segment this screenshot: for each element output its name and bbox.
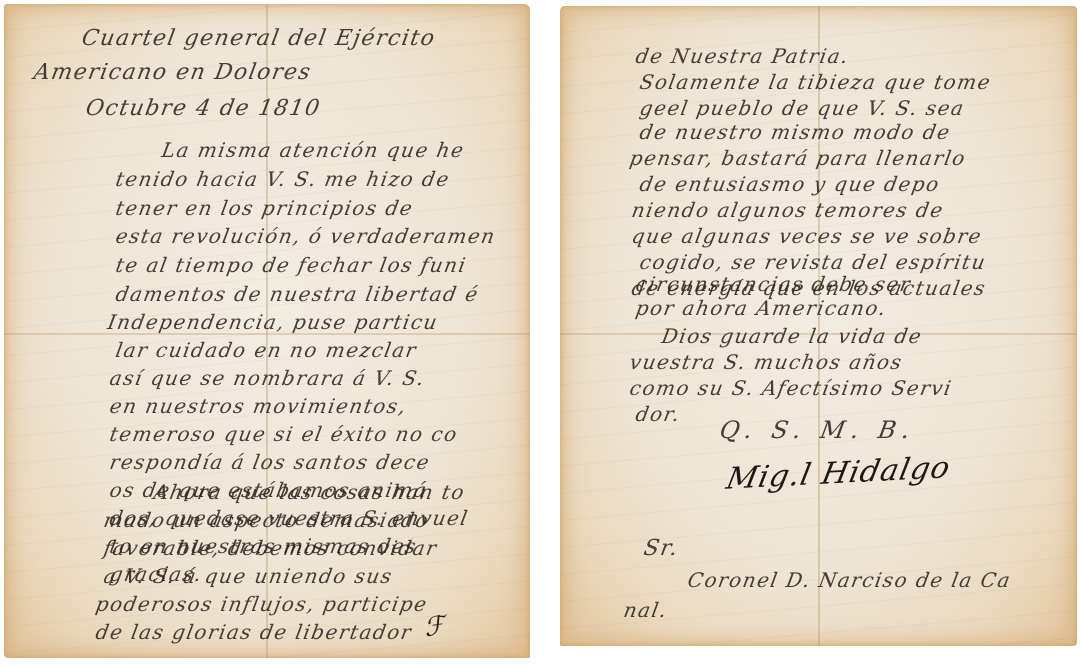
text-line: circunstancias debe ser: [634, 272, 913, 296]
text-line: tener en los principios de: [114, 196, 416, 220]
text-line: así que se nombrara á V. S.: [108, 366, 427, 390]
text-line: te al tiempo de fechar los funi: [114, 253, 469, 277]
recipient-name: Coronel D. Narciso de la Ca: [686, 568, 1013, 592]
text-line: esta revolución, ó verdaderamen: [114, 224, 498, 248]
text-line: favorable, debemos convidar: [102, 536, 440, 560]
text-line: de las glorias de libertador: [94, 620, 414, 644]
manuscript-page-right: de Nuestra Patria. Solamente la tibieza …: [560, 6, 1077, 646]
text-line: por ahora Americano.: [634, 296, 889, 320]
text-line: geel pueblo de que V. S. sea: [638, 96, 967, 120]
letter-heading: Cuartel general del Ejército: [80, 26, 438, 51]
closing-abbreviation: Q. S. M. B.: [718, 416, 919, 444]
text-line: temeroso que si el éxito no co: [108, 422, 460, 446]
rubric-mark: ℱ: [422, 611, 446, 644]
text-line: dor.: [634, 402, 683, 426]
text-line: niendo algunos temores de: [630, 198, 946, 222]
text-line: en nuestros movimientos,: [108, 394, 409, 418]
text-line: como su S. Afectísimo Servi: [628, 376, 954, 400]
text-line: mado un aspecto demasiado: [102, 508, 431, 532]
text-line: lar cuidado en no mezclar: [114, 338, 419, 362]
recipient-salutation: Sr.: [642, 536, 681, 561]
text-line: de entusiasmo y que depo: [638, 172, 942, 196]
letter-heading-place: Americano en Dolores: [32, 60, 314, 85]
recipient-name-cont: nal.: [622, 598, 670, 622]
text-line: vuestra S. muchos años: [628, 350, 905, 374]
text-line: Independencia, puse particu: [106, 310, 440, 334]
text-line: Solamente la tibieza que tome: [638, 70, 993, 94]
text-line: cogido, se revista del espíritu: [638, 250, 988, 274]
text-line: damentos de nuestra libertad é: [114, 282, 481, 306]
text-line: Ahora que las cosas han to: [152, 480, 467, 504]
text-line: poderosos influjos, participe: [94, 592, 430, 616]
text-line: Dios guarde la vida de: [660, 324, 925, 348]
text-line: a V. S. á que uniendo sus: [102, 564, 395, 588]
signature-hidalgo: Mig.l Hidalgo: [723, 450, 953, 497]
manuscript-page-left: Cuartel general del Ejército Americano e…: [4, 4, 530, 658]
text-line: que algunas veces se ve sobre: [630, 224, 984, 248]
text-line: de Nuestra Patria.: [634, 44, 851, 68]
text-line: respondía á los santos dece: [108, 450, 432, 474]
text-line: de nuestro mismo modo de: [638, 120, 953, 144]
text-line: pensar, bastará para llenarlo: [628, 146, 968, 170]
letter-date: Octubre 4 de 1810: [84, 96, 323, 121]
text-line: La misma atención que he: [160, 138, 467, 162]
text-line: tenido hacia V. S. me hizo de: [114, 167, 452, 191]
